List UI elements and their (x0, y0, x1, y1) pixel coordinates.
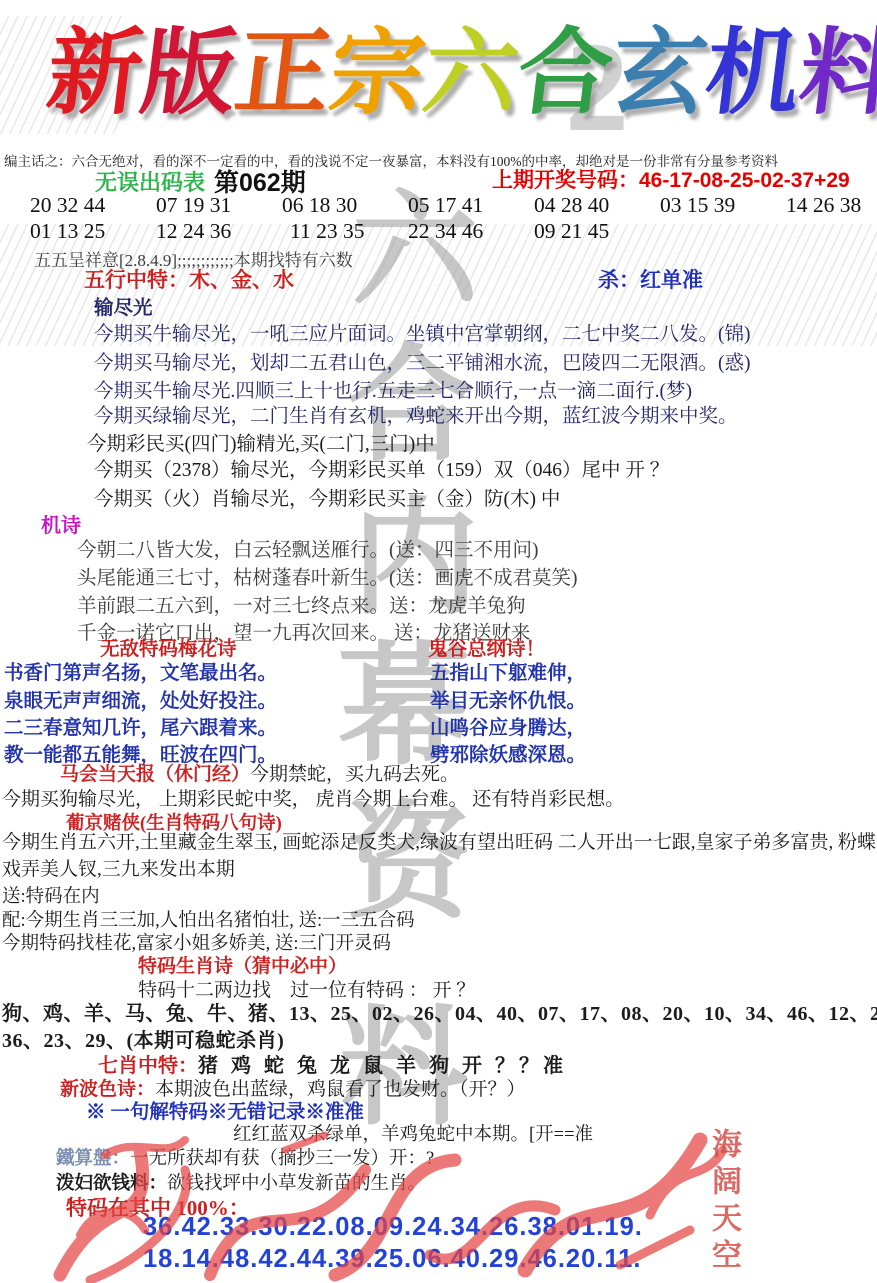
seal-vertical-text: 海阔天空 (701, 1128, 745, 1280)
title-char: 合 (510, 6, 621, 142)
title-char: 正 (228, 6, 339, 142)
code-cell: 14 26 38 (786, 193, 861, 218)
code-cell: 06 18 30 (282, 193, 408, 218)
sha-line: 杀：红单准 (598, 264, 703, 294)
tema-list: 狗、鸡、羊、马、兔、牛、猪、13、25、02、26、04、40、07、17、08… (2, 997, 877, 1026)
code-cell: 22 34 46 (408, 219, 534, 244)
pofu-label: 泼妇欲钱料： (56, 1174, 167, 1194)
wuxing-line: 五行中特：木、金、水 (84, 264, 294, 294)
jishi-line: 今朝二八皆大发，白云轻飘送雁行。(送：四三不用问) (77, 534, 539, 562)
tiesuanpan-text: 一无所获却有获（摘抄三一发）开：? (130, 1149, 434, 1169)
jishi-line: 羊前跟二五六到，一对三七终点来。送：龙虎羊兔狗 (77, 590, 526, 618)
special-numbers-line: 18.14.48.42.44.39.25.06.40.29.46.20.11. (143, 1245, 641, 1274)
tiesuanpan-label: 鐵算盤： (56, 1149, 130, 1169)
last-draw-numbers: 46-17-08-25-02-37+29 (639, 169, 850, 192)
code-table-row: 01 13 25 12 24 36 11 23 35 22 34 46 09 2… (30, 219, 609, 244)
title-char: 六 (416, 6, 527, 142)
pofu-text: 欲钱找坪中小草发新苗的生肖。 (167, 1174, 426, 1194)
title-char: 版 (134, 6, 245, 142)
mahui-line: 马会当天报（休门经）今期禁蛇，买九码去死。 (60, 759, 459, 786)
jishi-line: 头尾能通三七寸，枯树蓬春叶新生。(送：画虎不成君莫笑) (77, 562, 578, 590)
meihua-line: 书香门第声名扬，文笔最出名。 (4, 657, 277, 685)
last-draw-label: 上期开奖号码： (492, 169, 639, 192)
shu-line: 今期买（2378）输尽光，今期彩民买单（159）双（046）尾中 开 ？ (94, 454, 669, 482)
title-char: 机 (698, 6, 809, 142)
meihua-line: 二三春意知几许，尾六跟着来。 (4, 712, 277, 740)
code-cell: 09 21 45 (534, 219, 609, 244)
code-cell: 01 13 25 (30, 219, 156, 244)
section-shujinguang-heading: 输尽光 (94, 292, 153, 320)
guigu-line: 举目无亲怀仇恨。 (430, 685, 586, 713)
title-char: 玄 (604, 6, 715, 142)
lottery-tip-sheet: 2 六 合 内 幕 资 料 新 版 正 宗 六 合 玄 机 料 编主话之：六合无… (0, 0, 877, 1283)
code-cell: 20 32 44 (30, 193, 156, 218)
honghong-line: 红红蓝双杀绿单，羊鸡兔蛇中本期。[开==准 (233, 1120, 593, 1146)
code-cell: 12 24 36 (156, 219, 290, 244)
meihua-line: 泉眼无声声细流，处处好投注。 (4, 685, 277, 713)
section-tema-heading: 特码生肖诗（猜中必中） (138, 951, 347, 978)
shu-line: 今期买牛输尽光，一吼三应片面词。坐镇中宫掌朝纲，二七中奖二八发。(锦) (94, 318, 751, 346)
shu-line: 今期买绿输尽光，二门生肖有玄机，鸡蛇来开出今期，蓝红波今期来中奖。 (94, 400, 738, 428)
mahui-text: 今期禁蛇，买九码去死。 (250, 764, 459, 785)
shu-line: 今期买（火）肖输尽光，今期彩民买主（金）防(木) 中 (94, 483, 560, 511)
tiesuanpan-line: 鐵算盤：一无所获却有获（摘抄三一发）开：? (56, 1144, 434, 1170)
last-draw: 上期开奖号码：46-17-08-25-02-37+29 (492, 164, 850, 194)
mahui-label: 马会当天报（休门经） (60, 764, 250, 785)
page-title: 新 版 正 宗 六 合 玄 机 料 (48, 6, 848, 142)
mahui-line2: 今期买狗输尽光， 上期彩民蛇中奖， 虎肖今期上台难。 还有特肖彩民想。 (2, 784, 624, 811)
code-table-row: 20 32 44 07 19 31 06 18 30 05 17 41 04 2… (30, 193, 861, 218)
code-cell: 07 19 31 (156, 193, 282, 218)
pujing-song: 送:特码在内 (2, 882, 100, 908)
shu-line: 今期买牛输尽光.四顺三上十也行.五走三七合顺行,一点一滴二面行.(梦) (94, 375, 692, 403)
shu-line: 今期彩民买(四门)输精光,买(二门,三门)中 (87, 428, 435, 456)
code-cell: 11 23 35 (290, 219, 408, 244)
code-cell: 04 28 40 (534, 193, 660, 218)
special-numbers-line: 36.42.33.30.22.08.09.24.34.26.38.01.19. (143, 1213, 643, 1242)
code-cell: 05 17 41 (408, 193, 534, 218)
shu-line: 今期买马输尽光，划却二五君山色，三二平铺湘水流，巴陵四二无限酒。(惑) (94, 347, 751, 375)
guigu-line: 五指山下躯难伸， (430, 657, 586, 685)
title-char: 新 (40, 6, 151, 142)
section-jishi-heading: 机诗 (41, 509, 81, 538)
code-cell: 03 15 39 (660, 193, 786, 218)
pujing-body: 今期生肖五六开,土里藏金生翠玉, 画蛇添足反类犬,绿波有望出旺码 二人开出一七跟… (2, 829, 876, 883)
guigu-line: 山鸣谷应身腾达， (430, 712, 586, 740)
title-char: 宗 (322, 6, 433, 142)
